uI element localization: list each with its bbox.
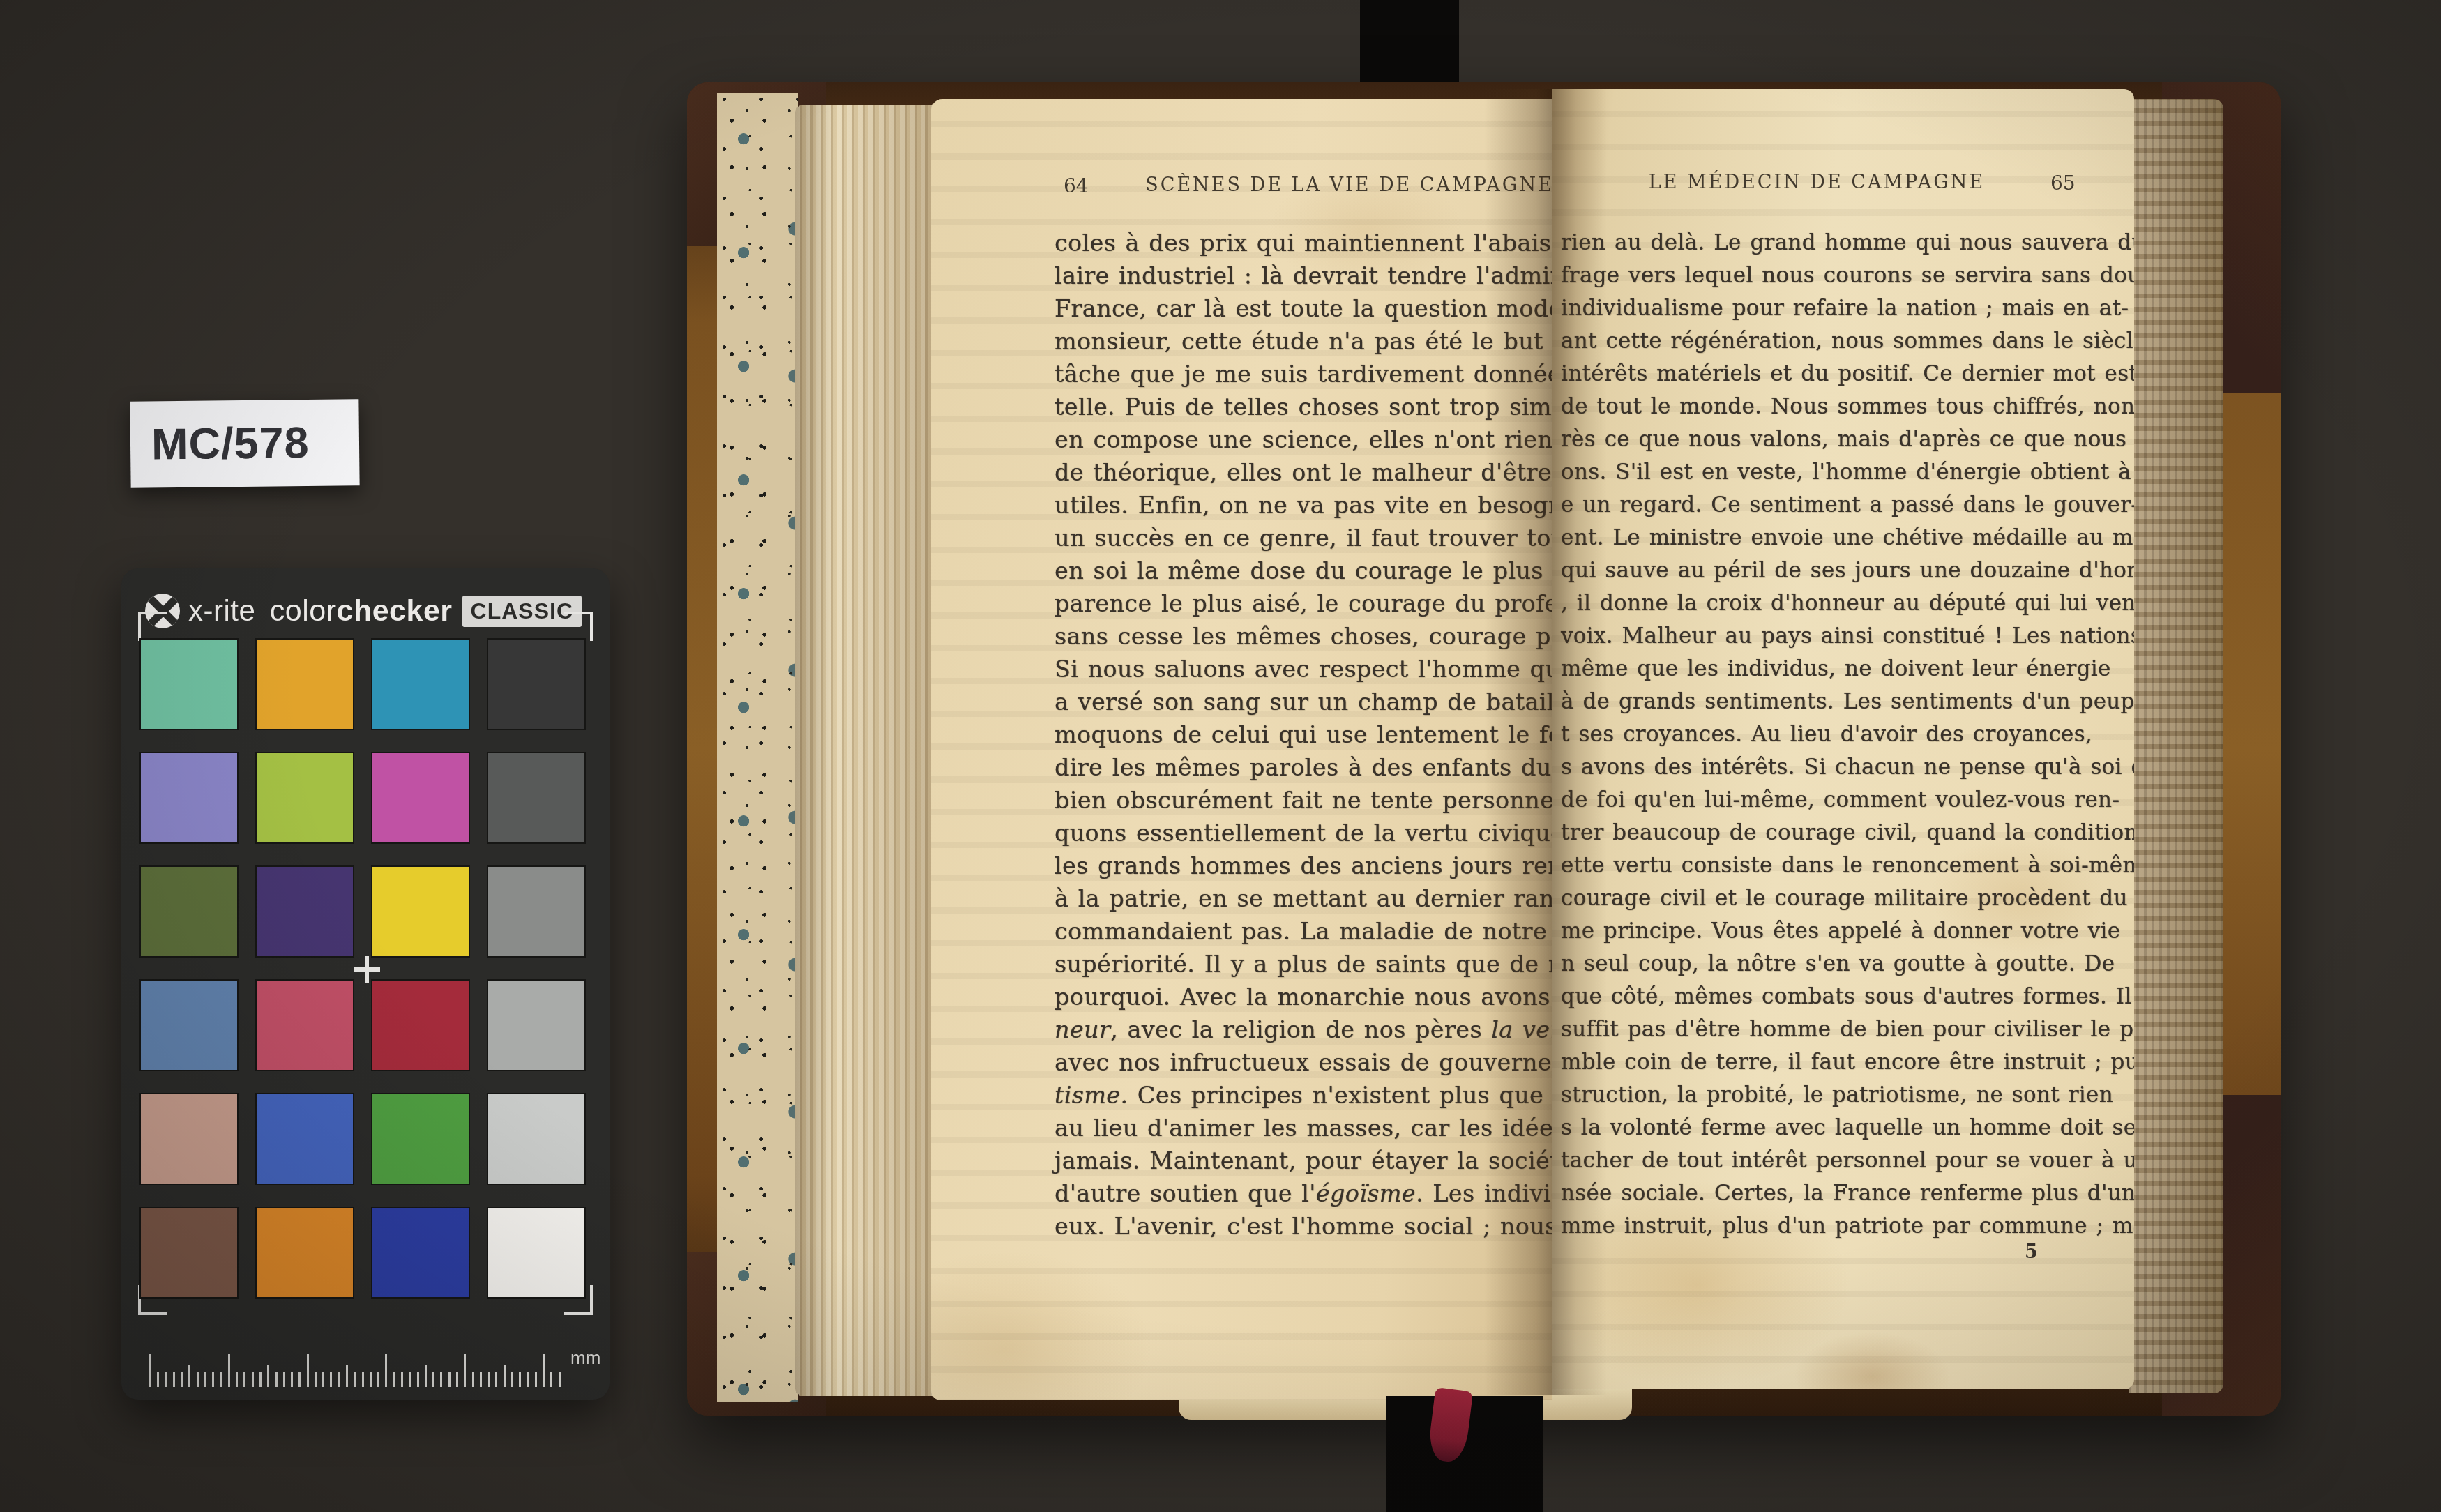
colorchecker-header: x-rite colorchecker CLASSIC <box>145 589 582 633</box>
ruler-tick <box>181 1372 183 1387</box>
xrite-brand-text: x-rite <box>188 594 255 628</box>
text-line: commandaient pas. La maladie de notre te… <box>1055 915 1552 948</box>
color-patch-purple <box>255 865 354 958</box>
ruler-tick <box>307 1354 309 1387</box>
color-patch-yellow-green <box>255 752 354 844</box>
ruler-tick <box>291 1372 293 1387</box>
registration-bracket-icon <box>564 612 593 641</box>
text-line: s avons des intérêts. Si chacun ne pense… <box>1561 751 2126 784</box>
color-patch-yellow <box>371 865 470 958</box>
ruler-tick <box>228 1354 230 1387</box>
text-line: dire les mêmes paroles à des enfants du … <box>1055 751 1552 784</box>
ruler-tick <box>298 1372 301 1387</box>
text-line: ent. Le ministre envoie une chétive méda… <box>1561 522 2126 554</box>
color-patch-neutral-8 <box>487 1093 586 1185</box>
text-line: monsieur, cette étude n'a pas été le but… <box>1055 325 1552 358</box>
ruler-tick <box>197 1372 199 1387</box>
ruler-tick <box>440 1372 442 1387</box>
mm-ruler <box>149 1351 561 1387</box>
text-line: de théorique, elles ont le malheur d'êtr… <box>1055 456 1552 489</box>
color-patch-neutral-5 <box>487 865 586 958</box>
wordmark-bold: checker <box>336 594 452 628</box>
marbled-endpaper <box>717 93 798 1402</box>
text-line: mble coin de terre, il faut encore être … <box>1561 1046 2126 1079</box>
signature-mark: 5 <box>2025 1241 2038 1263</box>
ruler-tick <box>495 1372 497 1387</box>
ruler-tick <box>354 1372 356 1387</box>
reference-label-text: MC/578 <box>130 418 310 470</box>
ruler-tick <box>550 1372 552 1387</box>
text-line: ette vertu consiste dans le renoncement … <box>1561 849 2126 882</box>
color-patch-black <box>487 638 586 730</box>
text-line: t ses croyances. Au lieu d'avoir des cro… <box>1561 718 2126 751</box>
text-line: en compose une science, elles n'ont rien… <box>1055 423 1552 456</box>
body-text-left: coles à des prix qui maintiennent l'abai… <box>1055 227 1552 1243</box>
ruler-tick <box>377 1372 379 1387</box>
text-line: sans cesse les mêmes choses, courage peu… <box>1055 620 1552 653</box>
ruler-tick <box>330 1372 332 1387</box>
ruler-tick <box>212 1372 214 1387</box>
text-line: qui sauve au péril de ses jours une douz… <box>1561 554 2126 587</box>
text-line: au lieu d'animer les masses, car les idé… <box>1055 1112 1552 1144</box>
text-line: coles à des prix qui maintiennent l'abai… <box>1055 227 1552 259</box>
text-line: d'autre soutien que l'égoïsme. Les indiv… <box>1055 1177 1552 1210</box>
color-patch-dark-skin <box>139 1207 239 1299</box>
text-line: suffit pas d'être homme de bien pour civ… <box>1561 1013 2126 1046</box>
ruler-tick <box>472 1372 474 1387</box>
page-number: 64 <box>1064 174 1089 197</box>
ruler-tick <box>401 1372 403 1387</box>
text-line: nsée sociale. Certes, la France renferme… <box>1561 1177 2126 1210</box>
ruler-tick <box>157 1372 159 1387</box>
ruler-tick <box>519 1372 521 1387</box>
registration-bracket-icon <box>138 612 167 641</box>
ruler-tick <box>275 1372 278 1387</box>
text-line: bien obscurément fait ne tente personne.… <box>1055 784 1552 817</box>
right-page: LE MÉDECIN DE CAMPAGNE 65 rien au delà. … <box>1552 89 2134 1389</box>
text-line: individualisme pour refaire la nation ; … <box>1561 292 2126 325</box>
ruler-tick <box>370 1372 372 1387</box>
wordmark-light: color <box>270 594 337 628</box>
text-line: Si nous saluons avec respect l'homme qui… <box>1055 653 1552 686</box>
ruler-tick <box>393 1372 395 1387</box>
ruler-tick <box>448 1372 451 1387</box>
ruler-tick <box>236 1372 238 1387</box>
text-line: me principe. Vous êtes appelé à donner v… <box>1561 915 2126 948</box>
text-line: que côté, mêmes combats sous d'autres fo… <box>1561 981 2126 1013</box>
text-line: tacher de tout intérêt personnel pour se… <box>1561 1144 2126 1177</box>
color-patch-light-skin <box>139 1093 239 1185</box>
ruler-tick <box>527 1372 529 1387</box>
text-line: France, car là est toute la question mod… <box>1055 292 1552 325</box>
color-patch-neutral-3.5 <box>487 752 586 844</box>
text-line: tisme. Ces principes n'existent plus que… <box>1055 1079 1552 1112</box>
ruler-tick <box>204 1372 206 1387</box>
text-line: à la patrie, en se mettant au dernier ra… <box>1055 882 1552 915</box>
text-line: jamais. Maintenant, pour étayer la socié… <box>1055 1144 1552 1177</box>
ruler-tick <box>149 1354 151 1387</box>
text-line: un succès en ce genre, il faut trouver t… <box>1055 522 1552 554</box>
reference-label-card: MC/578 <box>130 399 359 487</box>
ruler-tick <box>243 1372 245 1387</box>
color-patch-cyan <box>371 638 470 730</box>
colorchecker-wordmark: colorchecker CLASSIC <box>270 594 582 628</box>
text-line: telle. Puis de telles choses sont trop s… <box>1055 391 1552 423</box>
text-line: rien au delà. Le grand homme qui nous sa… <box>1561 227 2126 259</box>
text-line: neur, avec la religion de nos pères la v… <box>1055 1013 1552 1046</box>
ruler-tick <box>488 1372 490 1387</box>
text-line: tâche que je me suis tardivement donnée … <box>1055 358 1552 391</box>
ruler-tick <box>425 1365 427 1387</box>
color-patch-magenta <box>371 752 470 844</box>
text-line: eux. L'avenir, c'est l'homme social ; no… <box>1055 1210 1552 1243</box>
color-patch-blue-sky <box>139 979 239 1071</box>
text-line: les grands hommes des anciens jours rend… <box>1055 849 1552 882</box>
color-patch-purplish-blue <box>255 1093 354 1185</box>
ruler-tick <box>456 1372 458 1387</box>
ruler-tick <box>259 1372 262 1387</box>
text-line: en soi la même dose du courage le plus r… <box>1055 554 1552 587</box>
text-line: quons essentiellement de la vertu civiqu… <box>1055 817 1552 849</box>
page-number: 65 <box>2050 172 2076 195</box>
color-patch-blue-flower <box>139 752 239 844</box>
ruler-tick <box>188 1365 190 1387</box>
ruler-tick <box>511 1372 513 1387</box>
text-line: utiles. Enfin, on ne va pas vite en beso… <box>1055 489 1552 522</box>
ruler-tick <box>559 1372 561 1387</box>
text-line: n seul coup, la nôtre s'en va goutte à g… <box>1561 948 2126 981</box>
ruler-tick <box>315 1372 317 1387</box>
color-patch-green <box>371 1093 470 1185</box>
ruler-tick <box>385 1354 387 1387</box>
ruler-tick <box>432 1372 434 1387</box>
ruler-tick <box>464 1354 466 1387</box>
color-patch-neutral-6.5 <box>487 979 586 1071</box>
color-patch-orange-yellow <box>255 638 354 730</box>
ruler-tick <box>504 1365 506 1387</box>
text-line: e un regard. Ce sentiment a passé dans l… <box>1561 489 2126 522</box>
text-line: supériorité. Il y a plus de saints que d… <box>1055 948 1552 981</box>
color-patch-bluish-green <box>139 638 239 730</box>
text-line: même que les individus, ne doivent leur … <box>1561 653 2126 686</box>
ruler-tick <box>535 1372 537 1387</box>
ruler-tick <box>409 1372 411 1387</box>
text-line: s la volonté ferme avec laquelle un homm… <box>1561 1112 2126 1144</box>
digitization-photo: 64 SCÈNES DE LA VIE DE CAMPAGNE coles à … <box>0 0 2441 1512</box>
color-patch-blue <box>371 1207 470 1299</box>
fore-edge-pages <box>2129 99 2223 1393</box>
text-line: moquons de celui qui use lentement le fe… <box>1055 718 1552 751</box>
text-line: mme instruit, plus d'un patriote par com… <box>1561 1210 2126 1243</box>
text-line: à de grands sentiments. Les sentiments d… <box>1561 686 2126 718</box>
text-line: laire industriel : là devrait tendre l'a… <box>1055 259 1552 292</box>
color-patch-moderate-red <box>255 979 354 1071</box>
ruler-tick <box>322 1372 324 1387</box>
text-line: struction, la probité, le patriotisme, n… <box>1561 1079 2126 1112</box>
text-line: ant cette régénération, nous sommes dans… <box>1561 325 2126 358</box>
text-line: de tout le monde. Nous sommes tous chiff… <box>1561 391 2126 423</box>
color-patch-white <box>487 1207 586 1299</box>
color-patch-foliage <box>139 865 239 958</box>
text-line: , il donne la croix d'honneur au député … <box>1561 587 2126 620</box>
ruler-tick <box>283 1372 285 1387</box>
text-line: pourquoi. Avec la monarchie nous avons p… <box>1055 981 1552 1013</box>
ruler-tick <box>417 1372 419 1387</box>
ruler-tick <box>362 1372 364 1387</box>
ruler-tick <box>338 1372 340 1387</box>
color-patch-grid <box>139 638 586 1299</box>
text-line: ons. S'il est en veste, l'homme d'énergi… <box>1561 456 2126 489</box>
ruler-tick <box>173 1372 175 1387</box>
text-line: intérêts matériels et du positif. Ce der… <box>1561 358 2126 391</box>
ruler-tick <box>267 1365 269 1387</box>
color-patch-orange <box>255 1207 354 1299</box>
text-line: frage vers lequel nous courons se servir… <box>1561 259 2126 292</box>
ruler-tick <box>480 1372 482 1387</box>
left-page: 64 SCÈNES DE LA VIE DE CAMPAGNE coles à … <box>931 99 1552 1400</box>
ruler-tick <box>543 1354 545 1387</box>
running-head-right: LE MÉDECIN DE CAMPAGNE <box>1622 172 2012 193</box>
ruler-tick <box>220 1372 222 1387</box>
ruler-tick <box>346 1365 348 1387</box>
text-line: de foi qu'en lui-même, comment voulez-vo… <box>1561 784 2126 817</box>
body-text-right: rien au delà. Le grand homme qui nous sa… <box>1561 227 2126 1243</box>
text-line: trer beaucoup de courage civil, quand la… <box>1561 817 2126 849</box>
text-line: a versé son sang sur un champ de bataill… <box>1055 686 1552 718</box>
ruler-tick <box>165 1372 167 1387</box>
running-head-left: SCÈNES DE LA VIE DE CAMPAGNE <box>1137 174 1552 196</box>
text-line: courage civil et le courage militaire pr… <box>1561 882 2126 915</box>
text-line: parence le plus aisé, le courage du prof… <box>1055 587 1552 620</box>
ruler-tick <box>252 1372 254 1387</box>
ruler-unit-label: mm <box>570 1347 600 1369</box>
colorchecker-card: x-rite colorchecker CLASSIC mm <box>121 568 610 1400</box>
text-line: rès ce que nous valons, mais d'après ce … <box>1561 423 2126 456</box>
color-patch-red <box>371 979 470 1071</box>
page-edges-left <box>795 105 932 1396</box>
text-line: avec nos infructueux essais de gouvernem… <box>1055 1046 1552 1079</box>
text-line: voix. Malheur au pays ainsi constitué ! … <box>1561 620 2126 653</box>
